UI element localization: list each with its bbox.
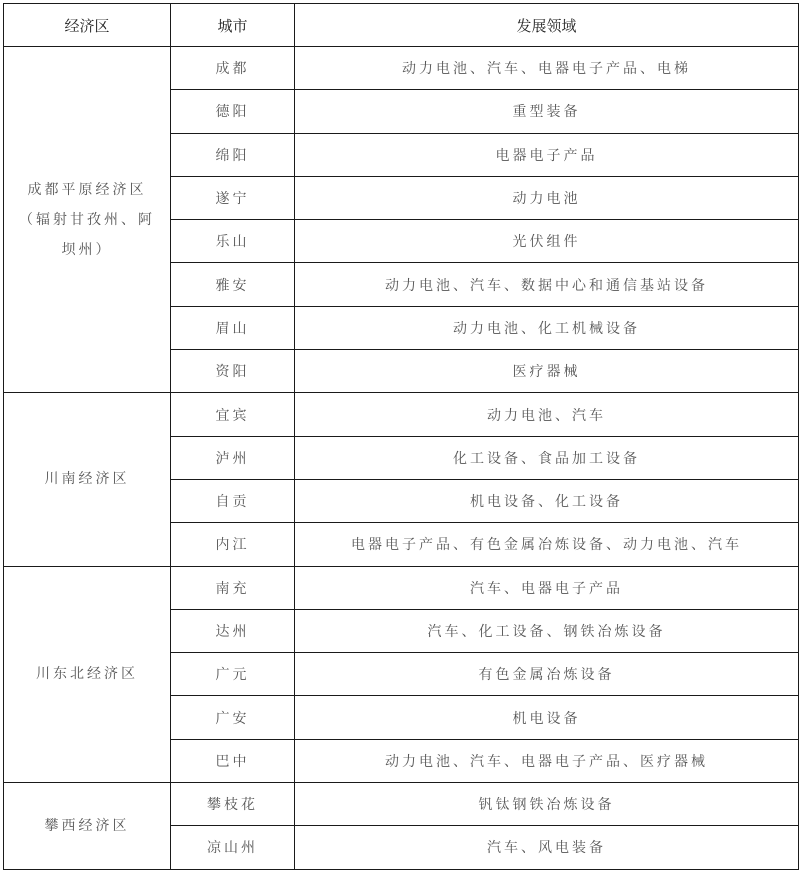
table-row: 川东北经济区 南充 汽车、电器电子产品 [4,566,799,609]
field-cell: 动力电池、汽车、电器电子产品、医疗器械 [295,739,799,782]
region-cell: 攀西经济区 [4,783,171,870]
city-cell: 成都 [171,47,295,90]
city-cell: 遂宁 [171,176,295,219]
table-row: 川南经济区 宜宾 动力电池、汽车 [4,393,799,436]
region-cell: 川南经济区 [4,393,171,566]
header-field: 发展领域 [295,4,799,47]
city-cell: 南充 [171,566,295,609]
city-cell: 泸州 [171,436,295,479]
city-cell: 雅安 [171,263,295,306]
field-cell: 机电设备 [295,696,799,739]
city-cell: 内江 [171,523,295,566]
field-cell: 动力电池、汽车 [295,393,799,436]
field-cell: 化工设备、食品加工设备 [295,436,799,479]
field-cell: 电器电子产品、有色金属冶炼设备、动力电池、汽车 [295,523,799,566]
city-cell: 宜宾 [171,393,295,436]
field-cell: 汽车、电器电子产品 [295,566,799,609]
region-cell: 川东北经济区 [4,566,171,782]
field-cell: 动力电池、汽车、电器电子产品、电梯 [295,47,799,90]
field-cell: 有色金属冶炼设备 [295,653,799,696]
city-cell: 达州 [171,609,295,652]
field-cell: 重型装备 [295,90,799,133]
header-region: 经济区 [4,4,171,47]
economic-zone-table: 经济区 城市 发展领域 成都平原经济区（辐射甘孜州、阿坝州） 成都 动力电池、汽… [3,3,799,870]
city-cell: 自贡 [171,479,295,522]
field-cell: 光伏组件 [295,220,799,263]
field-cell: 动力电池、化工机械设备 [295,306,799,349]
city-cell: 巴中 [171,739,295,782]
city-cell: 广元 [171,653,295,696]
field-cell: 汽车、风电装备 [295,826,799,869]
field-cell: 电器电子产品 [295,133,799,176]
region-cell: 成都平原经济区（辐射甘孜州、阿坝州） [4,47,171,393]
city-cell: 攀枝花 [171,783,295,826]
city-cell: 绵阳 [171,133,295,176]
field-cell: 汽车、化工设备、钢铁冶炼设备 [295,609,799,652]
header-city: 城市 [171,4,295,47]
header-row: 经济区 城市 发展领域 [4,4,799,47]
city-cell: 广安 [171,696,295,739]
city-cell: 凉山州 [171,826,295,869]
city-cell: 资阳 [171,350,295,393]
field-cell: 医疗器械 [295,350,799,393]
table-row: 成都平原经济区（辐射甘孜州、阿坝州） 成都 动力电池、汽车、电器电子产品、电梯 [4,47,799,90]
city-cell: 德阳 [171,90,295,133]
city-cell: 乐山 [171,220,295,263]
city-cell: 眉山 [171,306,295,349]
table-row: 攀西经济区 攀枝花 钒钛钢铁冶炼设备 [4,783,799,826]
field-cell: 动力电池、汽车、数据中心和通信基站设备 [295,263,799,306]
field-cell: 动力电池 [295,176,799,219]
field-cell: 机电设备、化工设备 [295,479,799,522]
field-cell: 钒钛钢铁冶炼设备 [295,783,799,826]
